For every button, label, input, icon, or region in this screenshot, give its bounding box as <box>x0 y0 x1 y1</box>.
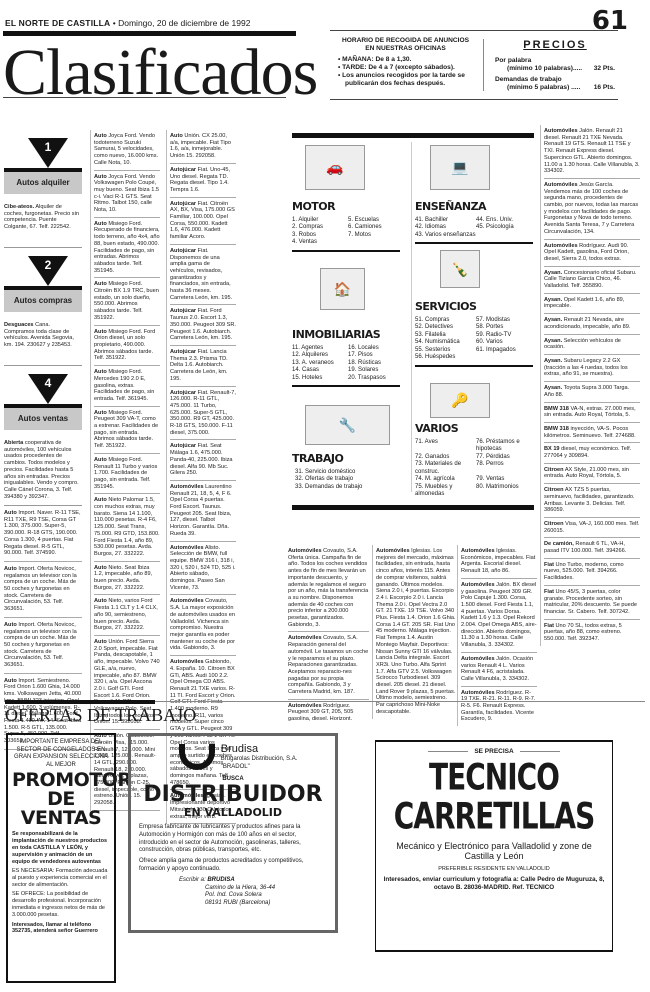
classified-ad: Automóviles Rodríguez. R-19 TXE. R-21. R… <box>461 687 537 727</box>
ad-requirements: ES NECESARIA: Formación adecuada al pues… <box>12 868 110 889</box>
ad-contact: Interesados, enviar curriculum y fotogra… <box>382 876 606 892</box>
category-link[interactable]: 76. Préstamos e hipotecas <box>476 439 533 454</box>
display-ad-promotor: IMPORTANTE EMPRESA DEL SECTOR DE CONGELA… <box>6 733 116 983</box>
info-divider <box>483 39 484 91</box>
classified-ad: Citroen Visa, VA-J, 160.000 mes. Telf. 2… <box>544 518 640 538</box>
column-5: Automóviles Iglesias. Los mejores del me… <box>372 545 456 719</box>
classified-ad: Aysan. Selección vehículos de ocasión. <box>544 335 640 355</box>
bottle-illustration-icon: 🍾 <box>440 250 480 288</box>
category-link[interactable]: 42. Idiomas <box>415 224 472 232</box>
category-link[interactable]: 59. Radio-TV <box>476 332 533 340</box>
index-varios: VARIOS 71. Aves 76. Préstamos e hipoteca… <box>415 422 533 499</box>
classified-ad: Aysan. Concesionario oficial Subaru. Cal… <box>544 267 640 294</box>
display-ad-tecnico: SE PRECISA TECNICO CARRETILLAS Mecánico … <box>375 740 613 952</box>
category-link[interactable]: 77. Pérdidas <box>476 454 533 462</box>
classified-ad: Citroen AX Style, 21.000 mes, sin entrad… <box>544 464 640 484</box>
display-ad-brudisa: Brudisa Brugarolas Distribución, S.A. "B… <box>128 733 338 933</box>
category-link[interactable]: 4. Ventas <box>292 239 344 247</box>
index-title: SERVICIOS <box>415 300 533 314</box>
section-autos-compras: 2 Autos compras Desguaces Cana. Compramo… <box>4 248 82 366</box>
hours-morning: • MAÑANA: De 8 a 1,30. <box>338 56 473 64</box>
category-link[interactable]: 53. Filatelia <box>415 332 472 340</box>
ofertas-bar <box>5 700 155 704</box>
category-link[interactable]: 73. Materiales de construc. <box>415 461 472 476</box>
prices-title: PRECIOS <box>495 39 615 53</box>
brand-name: Brudisa <box>221 742 327 756</box>
category-link[interactable]: 15. Hoteles <box>292 375 344 383</box>
classified-ad: Cibe-ateos. Alquiler de coches, furgonet… <box>4 200 82 235</box>
classified-ad: Automóviles Jesús García. Vendemos más d… <box>544 179 640 240</box>
section-number: 4 <box>40 376 56 390</box>
index-inmobiliarias: INMOBILIARIAS 11. Agentes 16. Locales 12… <box>292 328 400 387</box>
classified-ad: Desguaces Cana. Compramos toda clase de … <box>4 318 82 353</box>
ofertas-rule <box>155 701 645 702</box>
classified-ad: Auto Joyca Ford. Vendo Volkswagen Polo C… <box>94 171 160 218</box>
dateline-separator: • <box>113 18 116 28</box>
classified-ad: Auto Nieto Palomar 1.5, con muchos extra… <box>94 494 160 561</box>
classified-ad: Auto Misiego Ford. Peugeot 309 VA-T, com… <box>94 407 160 454</box>
category-link[interactable]: 43. Varios enseñanzas <box>415 232 533 240</box>
category-link[interactable]: 52. Detectives <box>415 324 472 332</box>
category-link[interactable]: 58. Portes <box>476 324 533 332</box>
category-link[interactable]: 20. Traspasos <box>348 375 400 383</box>
category-link[interactable]: 18. Rústicas <box>348 360 400 368</box>
classified-ad: Automóviles Jalón. Ocasión varios Renaul… <box>461 653 537 687</box>
section-label: Autos compras <box>4 290 82 312</box>
classified-ad: Fiat Uno Turbo, moderno, como nuevo, 525… <box>544 559 640 586</box>
category-link[interactable]: 6. Camiones <box>348 224 400 232</box>
classified-ad: Auto Import. Naver. R-11 TSE, R11 TXE, R… <box>4 506 82 562</box>
classified-ad: Automóviles Rodríguez. Peugeot 309 GT, 2… <box>288 700 369 726</box>
ad-duty: Se responsabilizará de la implantación d… <box>12 831 110 865</box>
classified-ad: Auto Misiego Ford. Renault 11 Turbo y va… <box>94 454 160 495</box>
category-link[interactable]: 5. Escuelas <box>348 217 400 225</box>
category-link[interactable]: 44. Ens. Univ. <box>476 217 533 225</box>
classified-ad: Autojúcar Fiat. Ford Taunus 2.0. Escort … <box>170 305 236 346</box>
classified-ad: Auto Nieto. Seat Ibiza 1.2, impecable, a… <box>94 562 160 596</box>
section-autos-ventas: 4 Autos ventas Abierta cooperativa de au… <box>4 366 82 506</box>
category-link[interactable]: 79. Ventas <box>476 476 533 484</box>
category-link[interactable]: 41. Bachiller <box>415 217 472 225</box>
classified-ad: Automóviles Laurentino Renault 21, 18, 5… <box>170 481 236 542</box>
classified-ad: Auto Import. Oferta Novicoc, regalamos u… <box>4 618 82 674</box>
category-link[interactable]: 16. Locales <box>348 345 400 353</box>
classified-ad: BMW 318 inyección, VA-S. Pocos kilómetro… <box>544 423 640 443</box>
category-link[interactable]: 1. Alquiler <box>292 217 344 225</box>
price-jobs-value: 16 Pts. <box>594 84 615 92</box>
section-autos-alquiler: 1 Autos alquiler Cibe-ateos. Alquiler de… <box>4 130 82 248</box>
classified-ad: Autojúcar Fiat. Lancia Thema 2.3. Prisma… <box>170 346 236 387</box>
classified-ad: Autojúcar Fiat. Citroën AX, BX, Visa, 17… <box>170 198 236 245</box>
classified-ad: Aysan. Renault 21 Nevada, aire acondicio… <box>544 314 640 334</box>
category-link[interactable]: 11. Agentes <box>292 345 344 353</box>
classified-ad: Citroen AX TZS 5 puertas, seminuevo, fac… <box>544 484 640 518</box>
ad-headline: PROMOTOR DE VENTAS <box>12 771 110 828</box>
ad-location: EN VALLADOLID <box>139 806 327 820</box>
classified-ad: Automóviles Iglesias. Económicos, impeca… <box>461 545 537 579</box>
index-title: MOTOR <box>292 200 400 214</box>
category-link[interactable]: 72. Ganados <box>415 454 472 462</box>
ad-pre: SE PRECISA <box>382 748 606 755</box>
index-title: VARIOS <box>415 422 533 436</box>
tools-illustration-icon: 🔧 <box>305 405 390 445</box>
column-4: Automóviles Covauto, S.A. Oferta única. … <box>285 545 369 726</box>
category-link[interactable]: 57. Modistas <box>476 317 533 325</box>
column-6: Automóviles Iglesias. Económicos, impeca… <box>457 545 537 726</box>
ad-address: Escribir a: BRUDISA Camino de la Hiera, … <box>179 877 327 908</box>
index-top-rule <box>292 133 534 138</box>
index-motor: MOTOR 1. Alquiler 5. Escuelas 2. Compras… <box>292 200 400 252</box>
index-trabajo: TRABAJO 31. Servicio doméstico 32. Ofert… <box>292 452 402 491</box>
classified-ad: Fiat Uno 45/S, 3 puertas, color granate.… <box>544 586 640 620</box>
masthead-rule <box>3 97 286 98</box>
category-link[interactable]: 61. Impagados <box>476 347 533 355</box>
price-per-word-detail: (mínimo 10 palabras)..... <box>507 65 582 73</box>
index-bottom-rule <box>292 505 534 510</box>
price-jobs-label: Demandas de trabajo <box>495 76 615 84</box>
category-link[interactable]: 7. Motos <box>348 232 400 240</box>
collection-hours: HORARIO DE RECOGIDA DE ANUNCIOS EN NUEST… <box>338 37 473 87</box>
classified-ad: Autojúcar Fiat. Disponemos de una amplia… <box>170 245 236 306</box>
category-link[interactable]: 13. A. veraneos <box>292 360 344 368</box>
price-per-word-value: 32 Pts. <box>594 65 615 73</box>
category-link[interactable]: 54. Numismática <box>415 339 472 347</box>
section-label: Autos ventas <box>4 408 82 430</box>
category-link[interactable]: 12. Alquileres <box>292 352 344 360</box>
classified-ad: Aysan. Opel Kadett 1.6, año 89, impecabl… <box>544 294 640 314</box>
classified-ad: Automóviles Jalón. BX diesel y gasolina.… <box>461 579 537 653</box>
category-link[interactable]: 32. Ofertas de trabajo <box>295 476 402 484</box>
section-number: 2 <box>40 258 56 272</box>
classified-ad: Autojúcar Fiat. Renault-7, 126.000. R-11… <box>170 387 236 441</box>
ad-headline-2: CARRETILLAS <box>382 797 606 837</box>
column-7: Automóviles Jalón. Renault 21 diesel. Re… <box>540 125 640 646</box>
classified-ad: De camión, Renault 6 TL, VA-H, pasad ITV… <box>544 538 640 558</box>
car-illustration-icon: 🚗 <box>305 145 365 190</box>
newspaper-name: EL NORTE DE CASTILLA <box>5 18 110 28</box>
classified-ad: Automóviles Iglesias. Los mejores del me… <box>376 545 456 719</box>
classified-ad: Abierta cooperativa de automóviles, 100 … <box>4 436 82 504</box>
ad-body: Empresa fabricante de lubricantes y prod… <box>139 824 327 855</box>
classified-ad: Auto Nieto, varios Ford Fiesta 1.1 CLT y… <box>94 595 160 636</box>
category-link[interactable]: 19. Solares <box>348 367 400 375</box>
category-link[interactable]: 33. Demandas de trabajo <box>295 484 402 492</box>
column-1: 1 Autos alquiler Cibe-ateos. Alquiler de… <box>4 130 82 750</box>
price-jobs-detail: (mínimo 5 palabras) ..... <box>507 84 580 92</box>
classified-ad: Autojúcar Fiat. Seat Málaga 1.6, 475.000… <box>170 440 236 481</box>
ad-offer: SE OFRECE: La posibilidad de desarrollo … <box>12 891 110 919</box>
classified-ad: Automóviles Rodríguez. Audi 90. Opel Kad… <box>544 240 640 267</box>
category-link[interactable]: 60. Varios <box>476 339 533 347</box>
category-link[interactable]: 45. Psicología <box>476 224 533 232</box>
classified-ad: Auto Misiego Ford. Recuperado de financi… <box>94 218 160 279</box>
hours-note: • Los anuncios recogidos por la tarde se… <box>338 72 473 88</box>
classified-ad: Autojúcar Fiat. Uno-45, Uno diesel. Rega… <box>170 164 236 198</box>
category-link[interactable]: 17. Pisos <box>348 352 400 360</box>
house-illustration-icon: 🏠 <box>320 268 365 310</box>
section-number: 1 <box>40 140 56 154</box>
ad-body: Ofrece amplia gama de productos acredita… <box>139 858 327 874</box>
ad-description: Mecánico y Electrónico para Valladolid y… <box>382 841 606 863</box>
price-per-word-label: Por palabra <box>495 57 615 65</box>
collection-hours-title: HORARIO DE RECOGIDA DE ANUNCIOS EN NUEST… <box>338 37 473 53</box>
category-link[interactable]: 80. Matrimonios <box>476 484 533 499</box>
category-link[interactable]: 74. M. agrícola <box>415 476 472 484</box>
category-link[interactable]: 56. Huéspedes <box>415 354 472 362</box>
classified-ad: Auto Misiego Ford. Citroën BX 1.9 TRC, b… <box>94 278 160 325</box>
publication-date: Domingo, 20 de diciembre de 1992 <box>118 18 250 28</box>
category-link[interactable]: 55. Sesteríos <box>415 347 472 355</box>
ad-intro: IMPORTANTE EMPRESA DEL SECTOR DE CONGELA… <box>12 739 110 769</box>
hours-afternoon: • TARDE: De 4 a 7 (excepto sábados). <box>338 64 473 72</box>
classified-ad: Automóviles Covauto, S.A. Reparación gen… <box>288 632 369 699</box>
classified-ad: Auto Joyca Ford. Vendo todoterreno Suzuk… <box>94 130 160 171</box>
category-link[interactable]: 71. Aves <box>415 439 472 454</box>
company-name: Brugarolas Distribución, S.A. "BRADOL" <box>221 756 327 772</box>
classified-ad: Automóviles Alisto. Selección de BMW, fu… <box>170 542 236 596</box>
classified-ad: Automóviles Jalón. Renault 21 diesel. Re… <box>544 125 640 179</box>
classified-ad: Auto Unión. CX 25.00, a/a, impecable. Fi… <box>170 130 236 164</box>
ad-headline-1: TECNICO <box>382 758 606 798</box>
brudisa-logo: Brudisa Brugarolas Distribución, S.A. "B… <box>179 742 327 772</box>
classified-ad: Aysan. Toyota Supra 3.000 Targa. Año 88. <box>544 382 640 402</box>
newspaper-dateline: EL NORTE DE CASTILLA • Domingo, 20 de di… <box>5 18 250 28</box>
classified-ad: BMW 318 VA-N, extras. 27.000 mes, sin en… <box>544 403 640 423</box>
index-title: ENSEÑANZA <box>415 200 533 214</box>
ofertas-title: OFERTAS DE TRABAJO <box>5 705 196 726</box>
classified-ad: Fiat Uno 70 SL, todos extras, 5 puertas,… <box>544 620 640 646</box>
index-ensenanza: ENSEÑANZA 41. Bachiller 44. Ens. Univ. 4… <box>415 200 533 244</box>
index-servicios: SERVICIOS 51. Compras 57. Modistas 52. D… <box>415 300 533 367</box>
category-link[interactable]: 31. Servicio doméstico <box>295 469 402 477</box>
classified-ad: Automóviles Covauto, S.A. Oferta única. … <box>288 545 369 632</box>
category-link[interactable]: 2. Compras <box>292 224 344 232</box>
keys-illustration-icon: 🔑 <box>430 383 490 418</box>
prices: PRECIOS Por palabra (mínimo 10 palabras)… <box>495 39 615 93</box>
index-divider <box>411 142 412 492</box>
index-title: INMOBILIARIAS <box>292 328 400 342</box>
brudisa-swoosh-icon <box>179 744 215 770</box>
index-title: TRABAJO <box>292 452 402 466</box>
classified-ad: Automóviles Covauto, S.A. La mayor expos… <box>170 595 236 656</box>
classified-ad: Auto Import. Oferta Novicoc, regalamos u… <box>4 562 82 618</box>
info-box: HORARIO DE RECOGIDA DE ANUNCIOS EN NUEST… <box>330 30 618 100</box>
ad-preference: PREFERIBLE RESIDENTE EN VALLADOLID <box>382 866 606 872</box>
classified-ad: Auto Misiego Ford. Mercedes 190 2.0 E, g… <box>94 366 160 407</box>
ad-contact: Interesados, llamar al teléfono 352735, … <box>12 922 110 936</box>
classified-ad: BX 19 diesel, muy económico. Telf. 27706… <box>544 443 640 463</box>
category-link[interactable]: 51. Compras <box>415 317 472 325</box>
category-link[interactable]: 78. Perros <box>476 461 533 476</box>
computer-illustration-icon: 💻 <box>430 145 490 190</box>
section-label: Autos alquiler <box>4 172 82 194</box>
category-link[interactable]: 75. Muebles y almonedas <box>415 484 472 499</box>
classified-ad: Aysan. Subaru Legacy 2.2 GX (tracción a … <box>544 355 640 382</box>
ad-headline: DISTRIBUIDOR <box>139 784 327 806</box>
category-link[interactable]: 14. Casas <box>292 367 344 375</box>
category-link[interactable]: 3. Robos <box>292 232 344 240</box>
classified-ad: Auto Misiego Ford. Ford Orion diesel, un… <box>94 326 160 367</box>
